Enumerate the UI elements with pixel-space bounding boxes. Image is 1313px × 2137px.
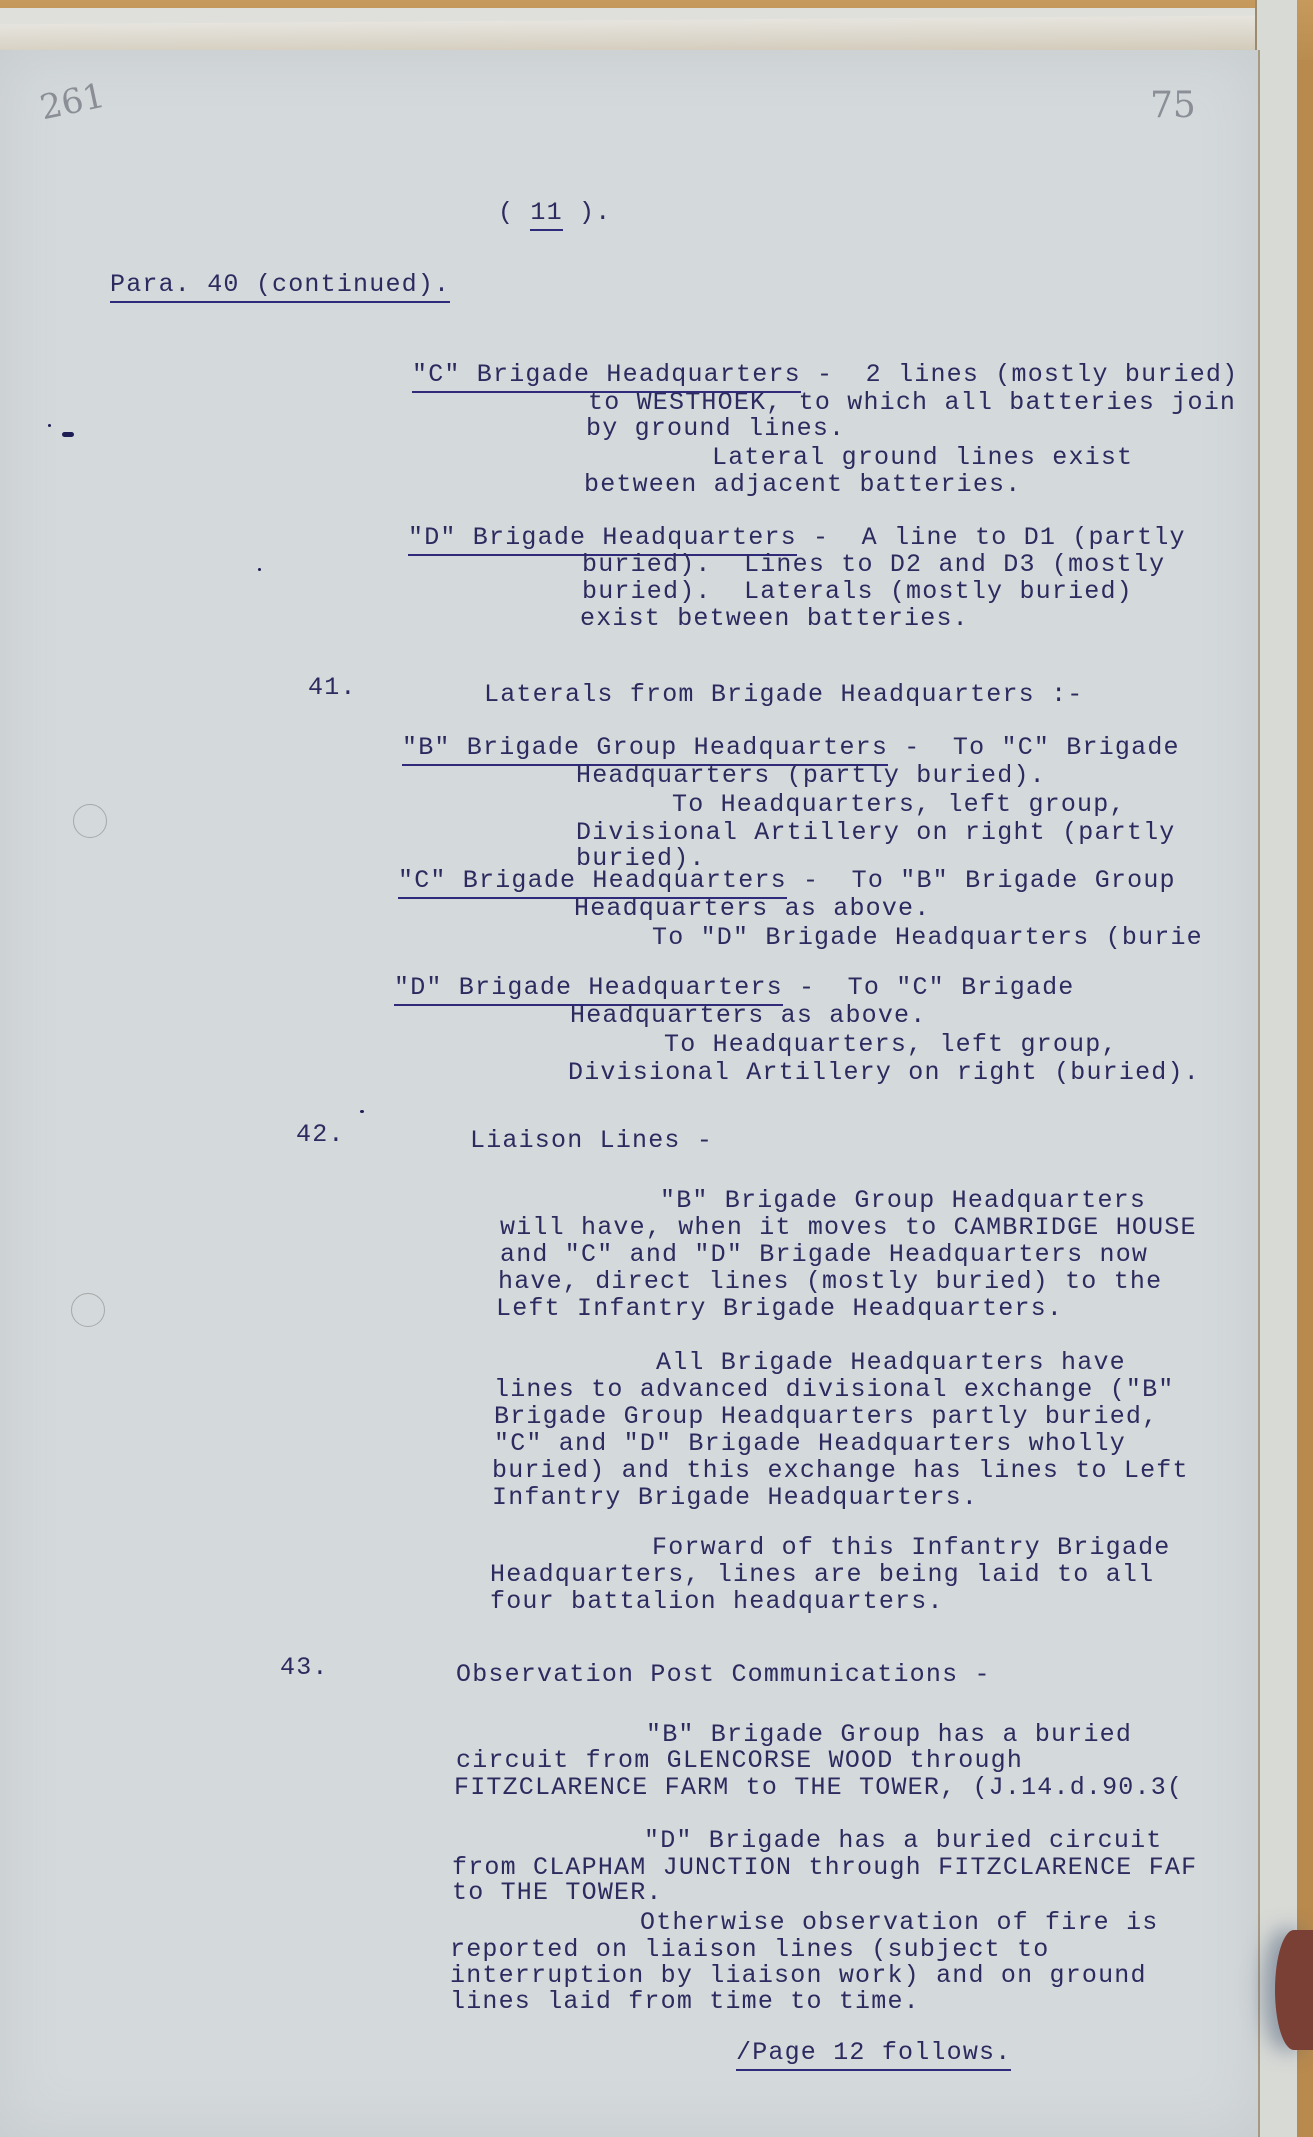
entry-line: buried). Laterals (mostly buried) [582,579,1133,604]
ink-speck [360,1110,364,1113]
para-41-number: 41. [308,675,357,700]
body-line: interruption by liaison work) and on gro… [450,1963,1147,1988]
entry-line: - To "B" Brigade Group [787,866,1176,895]
finger-shadow [1275,1930,1313,2050]
para-43-number: 43. [280,1655,329,1680]
body-line: reported on liaison lines (subject to [450,1937,1050,1962]
entry-line: - 2 lines (mostly buried) [801,360,1238,389]
punch-hole [71,1293,105,1327]
para-41-title: Laterals from Brigade Headquarters :- [484,682,1084,707]
body-line: have, direct lines (mostly buried) to th… [498,1269,1162,1294]
section-heading-text: Para. 40 (continued). [110,270,450,303]
section-heading: Para. 40 (continued). [110,272,450,297]
c-brigade-entry-heading: "C" Brigade Headquarters - 2 lines (most… [412,362,1238,387]
body-line: "B" Brigade Group has a buried [646,1722,1132,1747]
body-line: Otherwise observation of fire is [640,1910,1158,1935]
stacked-sheet-edge [1255,0,1297,2137]
entry-line: exist between batteries. [580,606,969,631]
body-line: "C" and "D" Brigade Headquarters wholly [494,1431,1126,1456]
body-line: will have, when it moves to CAMBRIDGE HO… [500,1215,1197,1240]
b-group-entry-heading: "B" Brigade Group Headquarters - To "C" … [402,735,1180,760]
body-line: circuit from GLENCORSE WOOD through [456,1748,1023,1773]
entry-line: Divisional Artillery on right (partly [576,820,1176,845]
punch-hole [73,804,107,838]
entry-line: to WESTHOEK, to which all batteries join [588,390,1236,415]
body-line: lines laid from time to time. [450,1989,920,2014]
body-line: lines to advanced divisional exchange ("… [494,1377,1175,1402]
para-43-title: Observation Post Communications - [456,1662,991,1687]
page-follows-note: /Page 12 follows. [736,2040,1011,2065]
body-line: Forward of this Infantry Brigade [652,1535,1170,1560]
ink-speck [258,568,261,571]
body-line: Infantry Brigade Headquarters. [492,1485,978,1510]
entry-line: - A line to D1 (partly [797,523,1186,552]
page-number-value: 11 [530,198,562,231]
body-line: Brigade Group Headquarters partly buried… [494,1404,1158,1429]
entry-line: between adjacent batteries. [584,472,1021,497]
entry-line: buried). Lines to D2 and D3 (mostly [582,552,1165,577]
body-line: "B" Brigade Group Headquarters [660,1188,1146,1213]
entry-line: Headquarters as above. [570,1003,926,1028]
body-line: from CLAPHAM JUNCTION through FITZCLAREN… [452,1855,1197,1880]
ink-speck [48,424,51,427]
d-brigade-lateral-heading: "D" Brigade Headquarters - To "C" Brigad… [394,975,1075,1000]
para-42-title: Liaison Lines - [470,1128,713,1153]
page-number: ( 11 ). [498,200,611,225]
d-brigade-entry-heading: "D" Brigade Headquarters - A line to D1 … [408,525,1186,550]
para-42-number: 42. [296,1122,345,1147]
page-follows-text: /Page 12 follows. [736,2038,1011,2071]
ink-speck [62,432,74,437]
body-line: Left Infantry Brigade Headquarters. [496,1296,1063,1321]
entry-line: To Headquarters, left group, [672,792,1126,817]
entry-line: - To "C" Brigade [888,733,1180,762]
entry-line: - To "C" Brigade [783,973,1075,1002]
entry-line: To Headquarters, left group, [664,1032,1118,1057]
body-line: to THE TOWER. [452,1880,663,1905]
body-line: "D" Brigade has a buried circuit [644,1828,1162,1853]
entry-line: Headquarters (partly buried). [576,763,1046,788]
c-brigade-lateral-heading: "C" Brigade Headquarters - To "B" Brigad… [398,868,1176,893]
entry-line: Divisional Artillery on right (buried). [568,1060,1200,1085]
body-line: FITZCLARENCE FARM to THE TOWER, (J.14.d.… [454,1775,1183,1800]
entry-line: Headquarters as above. [574,896,930,921]
entry-line: by ground lines. [586,416,845,441]
body-line: Headquarters, lines are being laid to al… [490,1562,1154,1587]
folio-number: 75 [1150,85,1196,126]
body-line: buried) and this exchange has lines to L… [492,1458,1189,1483]
body-line: four battalion headquarters. [490,1589,944,1614]
entry-line: To "D" Brigade Headquarters (burie [652,925,1203,950]
body-line: All Brigade Headquarters have [656,1350,1126,1375]
body-line: and "C" and "D" Brigade Headquarters now [500,1242,1148,1267]
entry-line: Lateral ground lines exist [712,445,1133,470]
